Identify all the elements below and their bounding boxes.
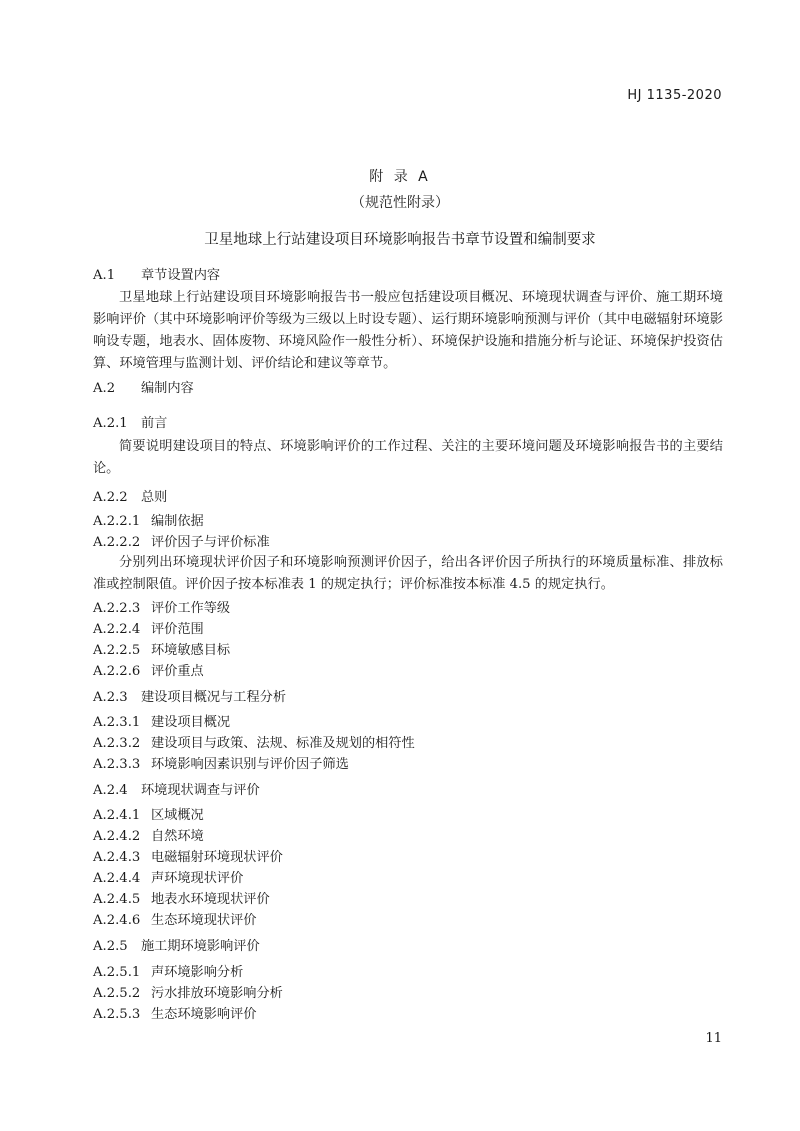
heading-a242: A.2.4.2自然环境 bbox=[93, 825, 204, 844]
heading-a241: A.2.4.1区域概况 bbox=[93, 804, 204, 823]
heading-a246: A.2.4.6生态环境现状评价 bbox=[93, 909, 257, 928]
heading-a253: A.2.5.3生态环境影响评价 bbox=[93, 1003, 257, 1022]
heading-a232: A.2.3.2建设项目与政策、法规、标准及规划的相符性 bbox=[93, 732, 415, 751]
heading-a1: A.1章节设置内容 bbox=[93, 264, 220, 283]
heading-a233: A.2.3.3环境影响因素识别与评价因子筛选 bbox=[93, 753, 349, 772]
heading-a23: A.2.3建设项目概况与工程分析 bbox=[93, 686, 286, 705]
heading-a21: A.2.1前言 bbox=[93, 412, 167, 431]
heading-a252: A.2.5.2污水排放环境影响分析 bbox=[93, 982, 283, 1001]
heading-a223: A.2.2.3评价工作等级 bbox=[93, 597, 230, 616]
standard-code: HJ 1135-2020 bbox=[627, 88, 722, 103]
heading-a221: A.2.2.1编制依据 bbox=[93, 510, 204, 529]
heading-a231: A.2.3.1建设项目概况 bbox=[93, 711, 230, 730]
heading-a2: A.2编制内容 bbox=[93, 377, 194, 396]
paragraph-a1: 卫星地球上行站建设项目环境影响报告书一般应包括建设项目概况、环境现状调查与评价、… bbox=[93, 287, 723, 375]
page-title: 卫星地球上行站建设项目环境影响报告书章节设置和编制要求 bbox=[0, 228, 800, 249]
paragraph-a222: 分别列出环境现状评价因子和环境影响预测评价因子，给出各评价因子所执行的环境质量标… bbox=[93, 552, 723, 596]
appendix-title: 附 录 A bbox=[0, 166, 800, 186]
heading-a244: A.2.4.4声环境现状评价 bbox=[93, 867, 243, 886]
heading-a251: A.2.5.1声环境影响分析 bbox=[93, 961, 243, 980]
heading-a22: A.2.2总则 bbox=[93, 486, 167, 505]
paragraph-a21: 简要说明建设项目的特点、环境影响评价的工作过程、关注的主要环境问题及环境影响报告… bbox=[93, 436, 723, 480]
heading-a226: A.2.2.6评价重点 bbox=[93, 660, 204, 679]
heading-a245: A.2.4.5地表水环境现状评价 bbox=[93, 888, 270, 907]
heading-a25: A.2.5施工期环境影响评价 bbox=[93, 935, 260, 954]
heading-a225: A.2.2.5环境敏感目标 bbox=[93, 639, 230, 658]
heading-a243: A.2.4.3电磁辐射环境现状评价 bbox=[93, 846, 283, 865]
heading-a24: A.2.4环境现状调查与评价 bbox=[93, 779, 260, 798]
heading-a222: A.2.2.2评价因子与评价标准 bbox=[93, 531, 270, 550]
appendix-type: （规范性附录） bbox=[0, 192, 800, 212]
heading-a224: A.2.2.4评价范围 bbox=[93, 618, 204, 637]
page-number: 11 bbox=[705, 1031, 722, 1046]
